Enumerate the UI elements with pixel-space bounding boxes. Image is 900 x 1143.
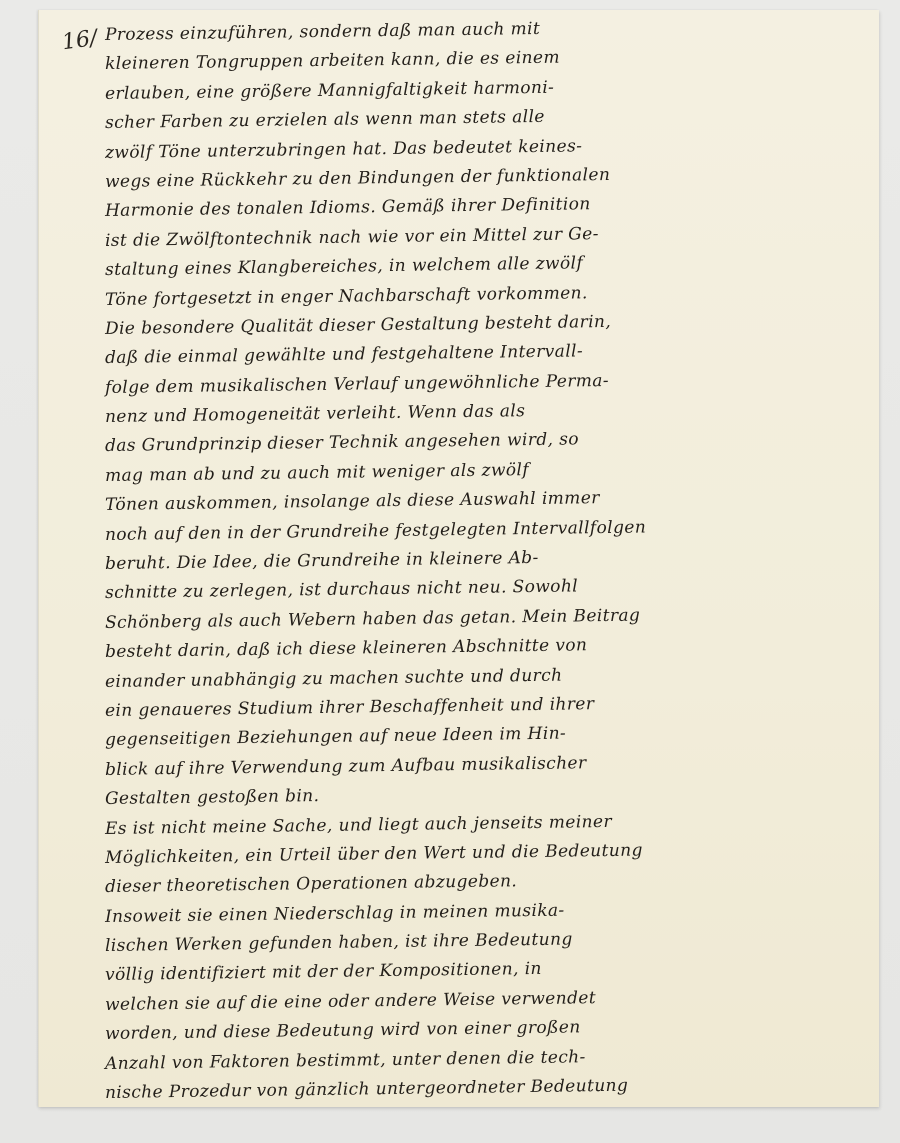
handwritten-text-block: Prozess einzuführen, sondern daß man auc… [39, 10, 879, 1107]
manuscript-sheet: 16/ Prozess einzuführen, sondern daß man… [38, 10, 879, 1107]
scanned-page-viewer: 16/ Prozess einzuführen, sondern daß man… [0, 0, 900, 1143]
